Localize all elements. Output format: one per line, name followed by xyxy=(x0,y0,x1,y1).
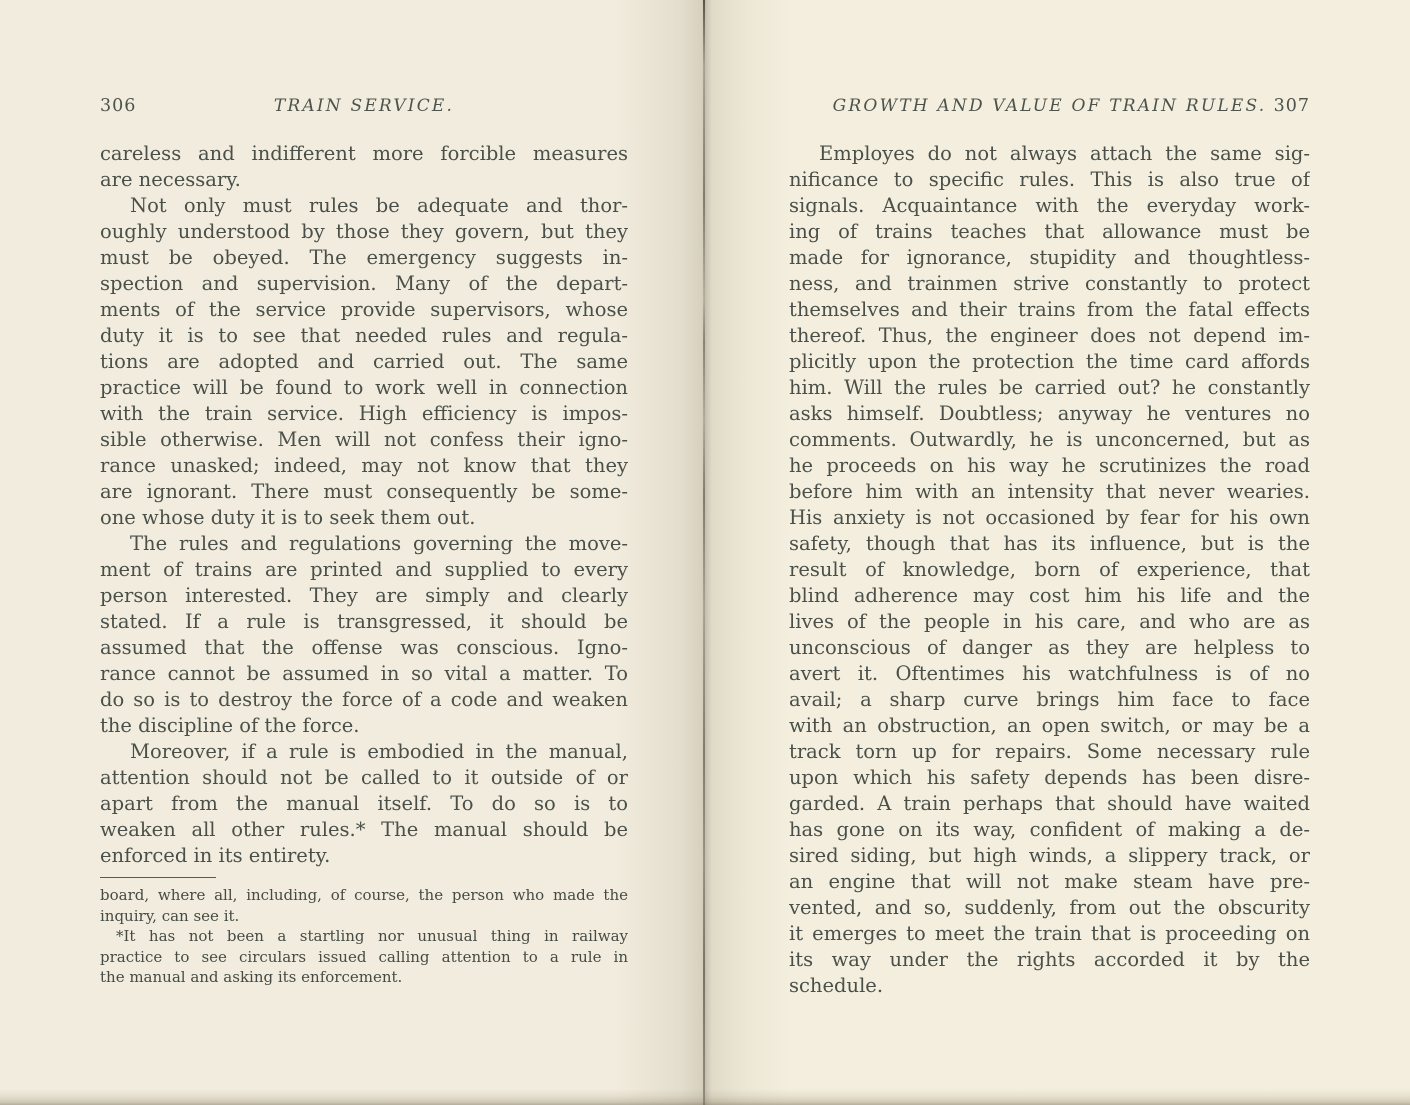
right-body-text: Employes do not always attach the same s… xyxy=(789,141,1310,999)
text-line: rance cannot be assumed in so vital a ma… xyxy=(100,661,628,687)
text-line: ness, and trainmen strive constantly to … xyxy=(789,271,1310,297)
text-line: oughly understood by those they govern, … xyxy=(100,219,628,245)
text-line: ing of trains teaches that allowance mus… xyxy=(789,219,1310,245)
left-page-number: 306 xyxy=(100,96,136,116)
text-line: sired siding, but high winds, a slippery… xyxy=(789,843,1310,869)
text-line: made for ignorance, stupidity and though… xyxy=(789,245,1310,271)
text-line: rance unasked; indeed, may not know that… xyxy=(100,453,628,479)
text-line: it emerges to meet the train that is pro… xyxy=(789,921,1310,947)
text-line: tions are adopted and carried out. The s… xyxy=(100,349,628,375)
text-line: careless and indifferent more forcible m… xyxy=(100,141,628,167)
text-line: one whose duty it is to seek them out. xyxy=(100,505,628,531)
text-line: The rules and regulations governing the … xyxy=(100,531,628,557)
text-line: the manual and asking its enforcement. xyxy=(100,967,628,988)
text-line: an engine that will not make steam have … xyxy=(789,869,1310,895)
text-line: has gone on its way, confident of making… xyxy=(789,817,1310,843)
text-line: schedule. xyxy=(789,973,1310,999)
left-body-text: careless and indifferent more forcible m… xyxy=(100,141,628,869)
text-line: nificance to specific rules. This is als… xyxy=(789,167,1310,193)
text-line: Not only must rules be adequate and thor… xyxy=(100,193,628,219)
text-line: ment of trains are printed and supplied … xyxy=(100,557,628,583)
text-line: vented, and so, suddenly, from out the o… xyxy=(789,895,1310,921)
text-line: Employes do not always attach the same s… xyxy=(789,141,1310,167)
text-line: stated. If a rule is transgressed, it sh… xyxy=(100,609,628,635)
text-line: avert it. Oftentimes his watchfulness is… xyxy=(789,661,1310,687)
text-line: avail; a sharp curve brings him face to … xyxy=(789,687,1310,713)
text-line: themselves and their trains from the fat… xyxy=(789,297,1310,323)
right-running-head: GROWTH AND VALUE OF TRAIN RULES. 307 xyxy=(789,96,1310,118)
text-line: signals. Acquaintance with the everyday … xyxy=(789,193,1310,219)
text-line: duty it is to see that needed rules and … xyxy=(100,323,628,349)
text-line: His anxiety is not occasioned by fear fo… xyxy=(789,505,1310,531)
text-line: sible otherwise. Men will not confess th… xyxy=(100,427,628,453)
text-line: *It has not been a startling nor unusual… xyxy=(100,926,628,947)
text-line: weaken all other rules.* The manual shou… xyxy=(100,817,628,843)
footnote-rule xyxy=(100,877,216,878)
text-line: plicitly upon the protection the time ca… xyxy=(789,349,1310,375)
left-running-title: TRAIN SERVICE. xyxy=(274,96,454,116)
text-line: assumed that the offense was conscious. … xyxy=(100,635,628,661)
book-spread: 306 TRAIN SERVICE. careless and indiffer… xyxy=(0,0,1410,1105)
text-line: with an obstruction, an open switch, or … xyxy=(789,713,1310,739)
text-line: are ignorant. There must consequently be… xyxy=(100,479,628,505)
text-line: thereof. Thus, the engineer does not dep… xyxy=(789,323,1310,349)
text-line: him. Will the rules be carried out? he c… xyxy=(789,375,1310,401)
text-line: person interested. They are simply and c… xyxy=(100,583,628,609)
text-line: practice will be found to work well in c… xyxy=(100,375,628,401)
text-line: its way under the rights accorded it by … xyxy=(789,947,1310,973)
text-line: safety, though that has its influence, b… xyxy=(789,531,1310,557)
text-line: lives of the people in his care, and who… xyxy=(789,609,1310,635)
text-line: board, where all, including, of course, … xyxy=(100,885,628,906)
text-line: inquiry, can see it. xyxy=(100,906,628,927)
text-line: unconscious of danger as they are helple… xyxy=(789,635,1310,661)
text-line: he proceeds on his way he scrutinizes th… xyxy=(789,453,1310,479)
text-line: garded. A train perhaps that should have… xyxy=(789,791,1310,817)
text-line: Moreover, if a rule is embodied in the m… xyxy=(100,739,628,765)
text-line: ments of the service provide supervisors… xyxy=(100,297,628,323)
text-line: asks himself. Doubtless; anyway he ventu… xyxy=(789,401,1310,427)
text-line: enforced in its entirety. xyxy=(100,843,628,869)
text-line: blind adherence may cost him his life an… xyxy=(789,583,1310,609)
text-line: the discipline of the force. xyxy=(100,713,628,739)
text-line: upon which his safety depends has been d… xyxy=(789,765,1310,791)
text-line: result of knowledge, born of experience,… xyxy=(789,557,1310,583)
text-line: track torn up for repairs. Some necessar… xyxy=(789,739,1310,765)
text-line: do so is to destroy the force of a code … xyxy=(100,687,628,713)
text-line: apart from the manual itself. To do so i… xyxy=(100,791,628,817)
text-line: are necessary. xyxy=(100,167,628,193)
text-line: spection and supervision. Many of the de… xyxy=(100,271,628,297)
text-line: must be obeyed. The emergency suggests i… xyxy=(100,245,628,271)
text-line: practice to see circulars issued calling… xyxy=(100,947,628,968)
text-line: with the train service. High efficiency … xyxy=(100,401,628,427)
left-footnote: board, where all, including, of course, … xyxy=(100,885,628,988)
right-running-title: GROWTH AND VALUE OF TRAIN RULES. xyxy=(833,96,1267,116)
gutter-crease xyxy=(703,0,705,1105)
text-line: comments. Outwardly, he is unconcerned, … xyxy=(789,427,1310,453)
left-running-head: 306 TRAIN SERVICE. xyxy=(100,96,628,118)
text-line: before him with an intensity that never … xyxy=(789,479,1310,505)
text-line: attention should not be called to it out… xyxy=(100,765,628,791)
right-page-number: 307 xyxy=(1274,96,1310,116)
